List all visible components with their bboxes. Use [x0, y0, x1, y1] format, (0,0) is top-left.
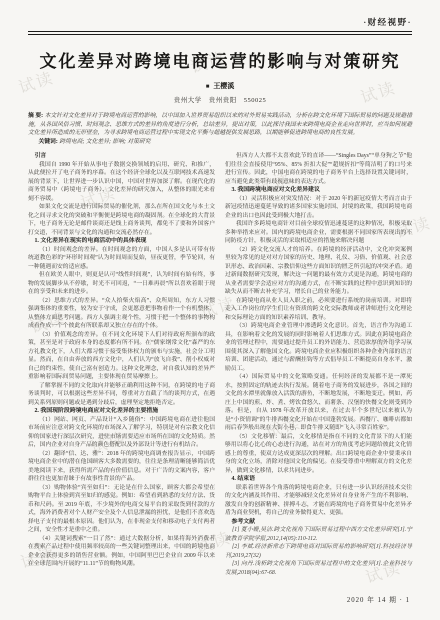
reference-item: [3] 向丹.浅析跨文化视角下国际贸易过程中的文化差异[J].企业科技与发展,2… [225, 560, 412, 577]
section-heading: 2. 我国现阶段跨境电商应对文化差异的主要措施 [28, 407, 215, 416]
article-title: 文化差异对跨境电商运营的影响与对策研究 [28, 47, 412, 72]
author-name: 王樱溪 [213, 82, 234, 90]
page-content: ·财经视野· 文化差异对跨境电商运营的影响与对策研究 ■王樱溪 贵州大学 贵州贵… [0, 0, 440, 577]
paragraph: （5）文化移情：最后，文化移情是指在不同的文化背景下的人们能够用以将心比心的心态… [225, 433, 412, 476]
header-divider [28, 31, 412, 35]
paragraph: （1）时间观念的差异。在时间观念的方面，中国人多是认可带有传统道教色彩的“环形时… [28, 246, 215, 272]
byline: ■王樱溪 [28, 81, 412, 91]
paragraph: 我国自 1990 年开始从事电子数据交换领域的启用、研究、和推广，从此便拉开了电… [28, 161, 215, 204]
paragraph: （1）灵活积极应对突发情况：对于 2020 年的新冠疫情大考而言由于新冠疫情迅速… [225, 195, 412, 221]
abstract: 摘 要: 本文针对文化差异对于跨境电商运营的影响，以中国加入世界贸易组织以来的对… [28, 112, 412, 137]
author-marker-icon: ■ [206, 84, 210, 90]
body-column-right: 但西方人大都不太喜欢此节的直译——“Singles Days”“单身狗之节”他们… [225, 152, 412, 577]
keywords-label: 关键词: [38, 139, 57, 145]
journal-section-label: ·财经视野· [28, 0, 412, 28]
abstract-text: 本文针对文化差异对于跨境电商运营的影响，以中国加入世界贸易组织以来的对外贸易实践… [28, 113, 412, 135]
paragraph: （4）关键词搜索“一目了然”：通过大数据分析，如果将海外消费者在搜索产品过程中使… [28, 535, 215, 569]
paragraph: 在跨境电商从业人员入职之前，必须要进行系统的岗前培训。对即将走入工作岗位的学生们… [225, 297, 412, 323]
section-heading: 3. 我国跨境电商应对文化差异建议 [225, 186, 412, 195]
keywords: 关键词: 跨境电商; 文化差异; 影响; 对策研究 [28, 138, 412, 146]
paragraph: 但在欧美人眼中，则更是认可“线性时间观”，认为时间有始有终，事物的发展脚步从不停… [28, 271, 215, 297]
references-heading: 参考文献 [225, 518, 412, 527]
body-column-left: 引言 我国自 1990 年开始从事电子数据交换领域的启用、研究、和推广，从此便拉… [28, 152, 215, 577]
paragraph: 我国许多跨境电商针对目前全球疫情迅速蔓延的这种情况，积极采取多种举措来应对。国内… [225, 220, 412, 246]
paragraph: 但西方人大都不太喜欢此节的直译——“Singles Days”“单身狗之节”他们… [225, 152, 412, 186]
reference-item: [2] 李斌.经济新常态下跨境电商对国际贸易的影响研究[J].科技经济导刊,20… [225, 543, 412, 560]
affiliation: 贵州大学 贵州贵阳 550025 [28, 95, 412, 104]
section-heading: 1. 文化差异在现实的电商活动中的具体表现 [28, 237, 215, 246]
paragraph: （3）购物体验“宾至如归”：无论是在什么国家，顾客大都会希望在购物平台上体验到宾… [28, 484, 215, 535]
keywords-text: 跨境电商; 文化差异; 影响; 对策研究 [59, 139, 150, 145]
paragraph: （3）价值观念的差异。在不同文化环境下人们对待政府所颁布的政策，甚至是对于政府本… [28, 331, 215, 382]
section-heading: 4. 结束语 [225, 475, 412, 484]
paragraph: （2）跨文化交流人才的培养。在跨境的经济活动中，文化冲突案例里较为常见的是对对方… [225, 246, 412, 297]
paragraph: （4）国际贸易中的文化策略变通。任何经济的发展都不是一潭死水，按照固定的轨迹去执… [225, 373, 412, 433]
paragraph: （2）翻译“信、达、雅”：2018 年的跨境电商调查报告显示，中国跨境电商企业中… [28, 450, 215, 484]
paragraph: 如果文化交流是进行国际贸易的催化剂，那么在所在国文化与本土文化之间寻求文化的突破… [28, 203, 215, 237]
paragraph: （2）思维方式的差异。“众人拾柴火焰高”、众所周知，东方人习惯强调集体的重要性，… [28, 297, 215, 331]
abstract-label: 摘 要: [28, 113, 43, 119]
section-heading: 引言 [28, 152, 215, 161]
paragraph: （1）网站、网页、产品设计“入乡随俗”：中国跨境电商在进往他国市场前应注意对跨文… [28, 416, 215, 450]
paragraph: 了解掌握不同的文化取向并能够正确利用这种不同，在跨境的电子商务谈判时，可以根据这… [28, 382, 215, 408]
paragraph: （3）跨境电商企业管理中渗透跨文化意识。首先，语言作为沟通工具，在影响着文化的发… [225, 322, 412, 373]
body-columns: 引言 我国自 1990 年开始从事电子数据交换领域的启用、研究、和推广，从此便拉… [28, 152, 412, 577]
reference-item: [1] 夏小姗,吴洁.跨文化视角下国际贸易过程中西方文化差异研究[J].宁波教育… [225, 526, 412, 543]
paragraph: 联系着世界各个角落的跨境电商企业，只有进一步认识经济技术交往的文化内涵及其作用、… [225, 484, 412, 518]
page-footer-issue-info: 2020 年 14 期 · 1 [347, 594, 410, 604]
scanned-paper-page: 试读 试读 试读 试读 试读 试读 试读 试读 试读 试读 试读 试读 试读 试… [0, 0, 440, 620]
